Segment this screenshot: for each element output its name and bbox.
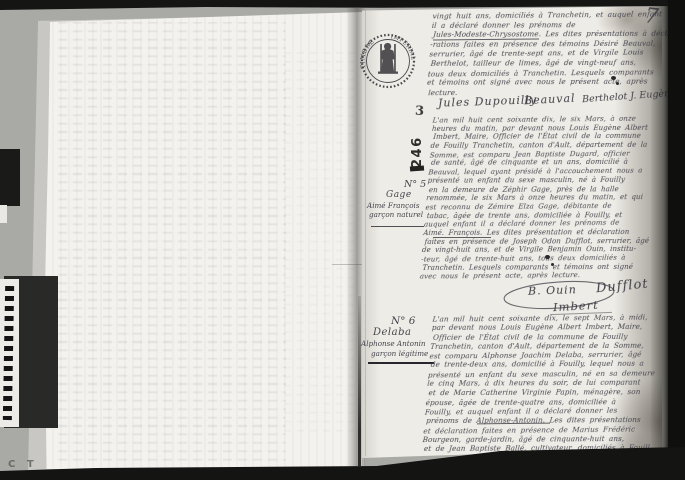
handwritten-line: Jules-Modeste-Chrysostome. Les dites pré… [433,29,666,40]
film-corner-mark: C T [8,459,38,470]
margin-note-5-status: garçon naturel [369,210,423,219]
handwritten-line: en la demeure de Zéphir Gage, près de la… [429,184,662,194]
margin-note-5-rule [371,226,424,227]
underlined-name-aime [433,237,491,238]
margin-note-5-given-names: Aimé François [367,201,420,210]
handwritten-line: tous deux domiciliés à Tranchetin. Lesqu… [427,67,660,79]
microfilm-scan: 246 TIMBRE IMPERIAL 3 246 7 N° 5 Gage Ai… [0,0,685,480]
handwritten-line: Imbert, Maire, Officier de l'État civil … [433,132,666,142]
ink-bleed-through [58,22,286,462]
handwritten-line: et de Marie Catherine Virginie Papin, mé… [428,387,661,398]
margin-note-5-number: N° 5 [404,179,426,190]
page-edge-shadow [650,0,670,456]
timbre-imperial-stamp: TIMBRE IMPERIAL [359,32,417,90]
microfilm-edge-label [0,279,19,427]
margin-note-5-surname: Gage [386,190,412,200]
record-continuation-text: vingt huit ans, domiciliés à Tranchetin,… [426,10,665,98]
margin-note-6-given-names: Alphonse Antonin [361,339,426,348]
ink-blot [616,82,619,85]
seated-figure-icon [378,43,398,74]
ink-blot [551,263,554,266]
margin-note-6-number: N° 6 [391,315,415,327]
ink-bleed-through-margin [284,52,354,432]
margin-note-6-status: garçon légitime [371,349,428,358]
handwritten-line: et déclaration faites en présence de Mar… [423,424,656,436]
record-5-text: L'an mil huit cent soixante dix, le six … [419,115,665,281]
film-frame-block [0,149,20,206]
stamp-text-left: TIMBRE [359,38,376,69]
series-number: 3 [415,104,425,119]
gutter-fold-line [358,296,361,466]
film-label-sliver [0,205,7,223]
margin-note-6-surname: Delaba [373,327,411,338]
handwritten-line: Officier de l'État civil de la commune d… [433,331,666,342]
film-border-right [668,0,685,480]
ink-blot [545,255,550,259]
signature: B. Ouin [528,283,577,298]
batch-number-stamp: 246 [410,128,424,168]
left-page: 246 [44,12,362,469]
margin-note-6-rule [368,362,434,364]
signature: Beauval [524,92,576,108]
record-6-text: L'an mil huit cent soixante dix, le sept… [422,313,666,454]
handwritten-line: présenté un enfant du sexe masculin, né … [428,368,661,380]
ink-blot [611,76,616,80]
batch-stamp-block [410,166,424,172]
